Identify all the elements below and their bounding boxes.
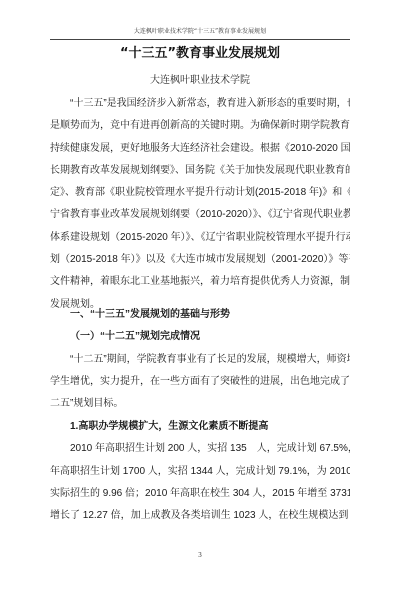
subsection-heading: （一）“十二五”规划完成情况: [50, 326, 350, 348]
text-line: 定》、教育部《职业院校管理水平提升行动计划(2015-2018 年)》和《辽: [50, 182, 350, 204]
document-title: “十三五”教育事业发展规划: [0, 45, 400, 63]
text-line: 文件精神，着眼东北工业基地振兴，着力培育提供优秀人力资源，制定本: [50, 271, 350, 293]
running-header: 大连枫叶职业技术学院“十三五”教育事业发展规划: [50, 26, 350, 38]
intro-paragraph: “十三五”是我国经济步入新常态，教育进入新形态的重要时期，也 是顺势而为，竞中有…: [50, 93, 350, 316]
text-line: 二五”规划目标。: [50, 393, 350, 415]
text-line: 实际招生的 9.96 倍；2010 年高职在校生 304 人，2015 年增至 …: [50, 483, 350, 505]
text-line: 划（2015-2018 年）》以及《大连市城市发展规划（2001-2020）》等…: [50, 249, 350, 271]
header-rule: [50, 39, 350, 40]
page-number: 3: [0, 550, 400, 560]
text-line: 年高职招生计划 1700 人，实招 1344 人，完成计划 79.1%，为 20…: [50, 461, 350, 483]
text-line: “十二五”期间，学院教育事业有了长足的发展，规模增大，师资增强，: [50, 349, 350, 371]
document-subtitle: 大连枫叶职业技术学院: [0, 73, 400, 89]
item-1: 1.高职办学规模扩大，生源文化素质不断提高 2010 年高职招生计划 200 人…: [50, 416, 350, 527]
text-line: 2010 年高职招生计划 200 人，实招 135 人，完成计划 67.5%，2…: [50, 438, 350, 460]
text-line: “十三五”是我国经济步入新常态，教育进入新形态的重要时期，也: [50, 93, 350, 115]
section-1: 一、“十三五”发展规划的基础与形势 （一）“十二五”规划完成情况 “十二五”期间…: [50, 304, 350, 415]
document-page: 大连枫叶职业技术学院“十三五”教育事业发展规划 “十三五”教育事业发展规划 大连…: [0, 0, 400, 600]
text-line: 增长了 12.27 倍，加上成教及各类培训生 1023 人，在校生规模达到 47…: [50, 505, 350, 527]
text-line: 体系建设规划（2015-2020 年）》、《辽宁省职业院校管理水平提升行动计: [50, 227, 350, 249]
text-line: 长期教育改革发展规划纲要》、国务院《关于加快发展现代职业教育的决: [50, 160, 350, 182]
item-heading: 1.高职办学规模扩大，生源文化素质不断提高: [50, 416, 350, 438]
text-line: 是顺势而为，竞中有进再创新高的关键时期。为确保新时期学院教育事业: [50, 115, 350, 137]
section-heading: 一、“十三五”发展规划的基础与形势: [50, 304, 350, 326]
text-line: 持续健康发展，更好地服务大连经济社会建设。根据《2010-2020 国家中: [50, 138, 350, 160]
text-line: 学生增优，实力提升，在一些方面有了突破性的进展，出色地完成了“十: [50, 371, 350, 393]
text-line: 宁省教育事业改革发展规划纲要（2010-2020）》、《辽宁省现代职业教育: [50, 204, 350, 226]
